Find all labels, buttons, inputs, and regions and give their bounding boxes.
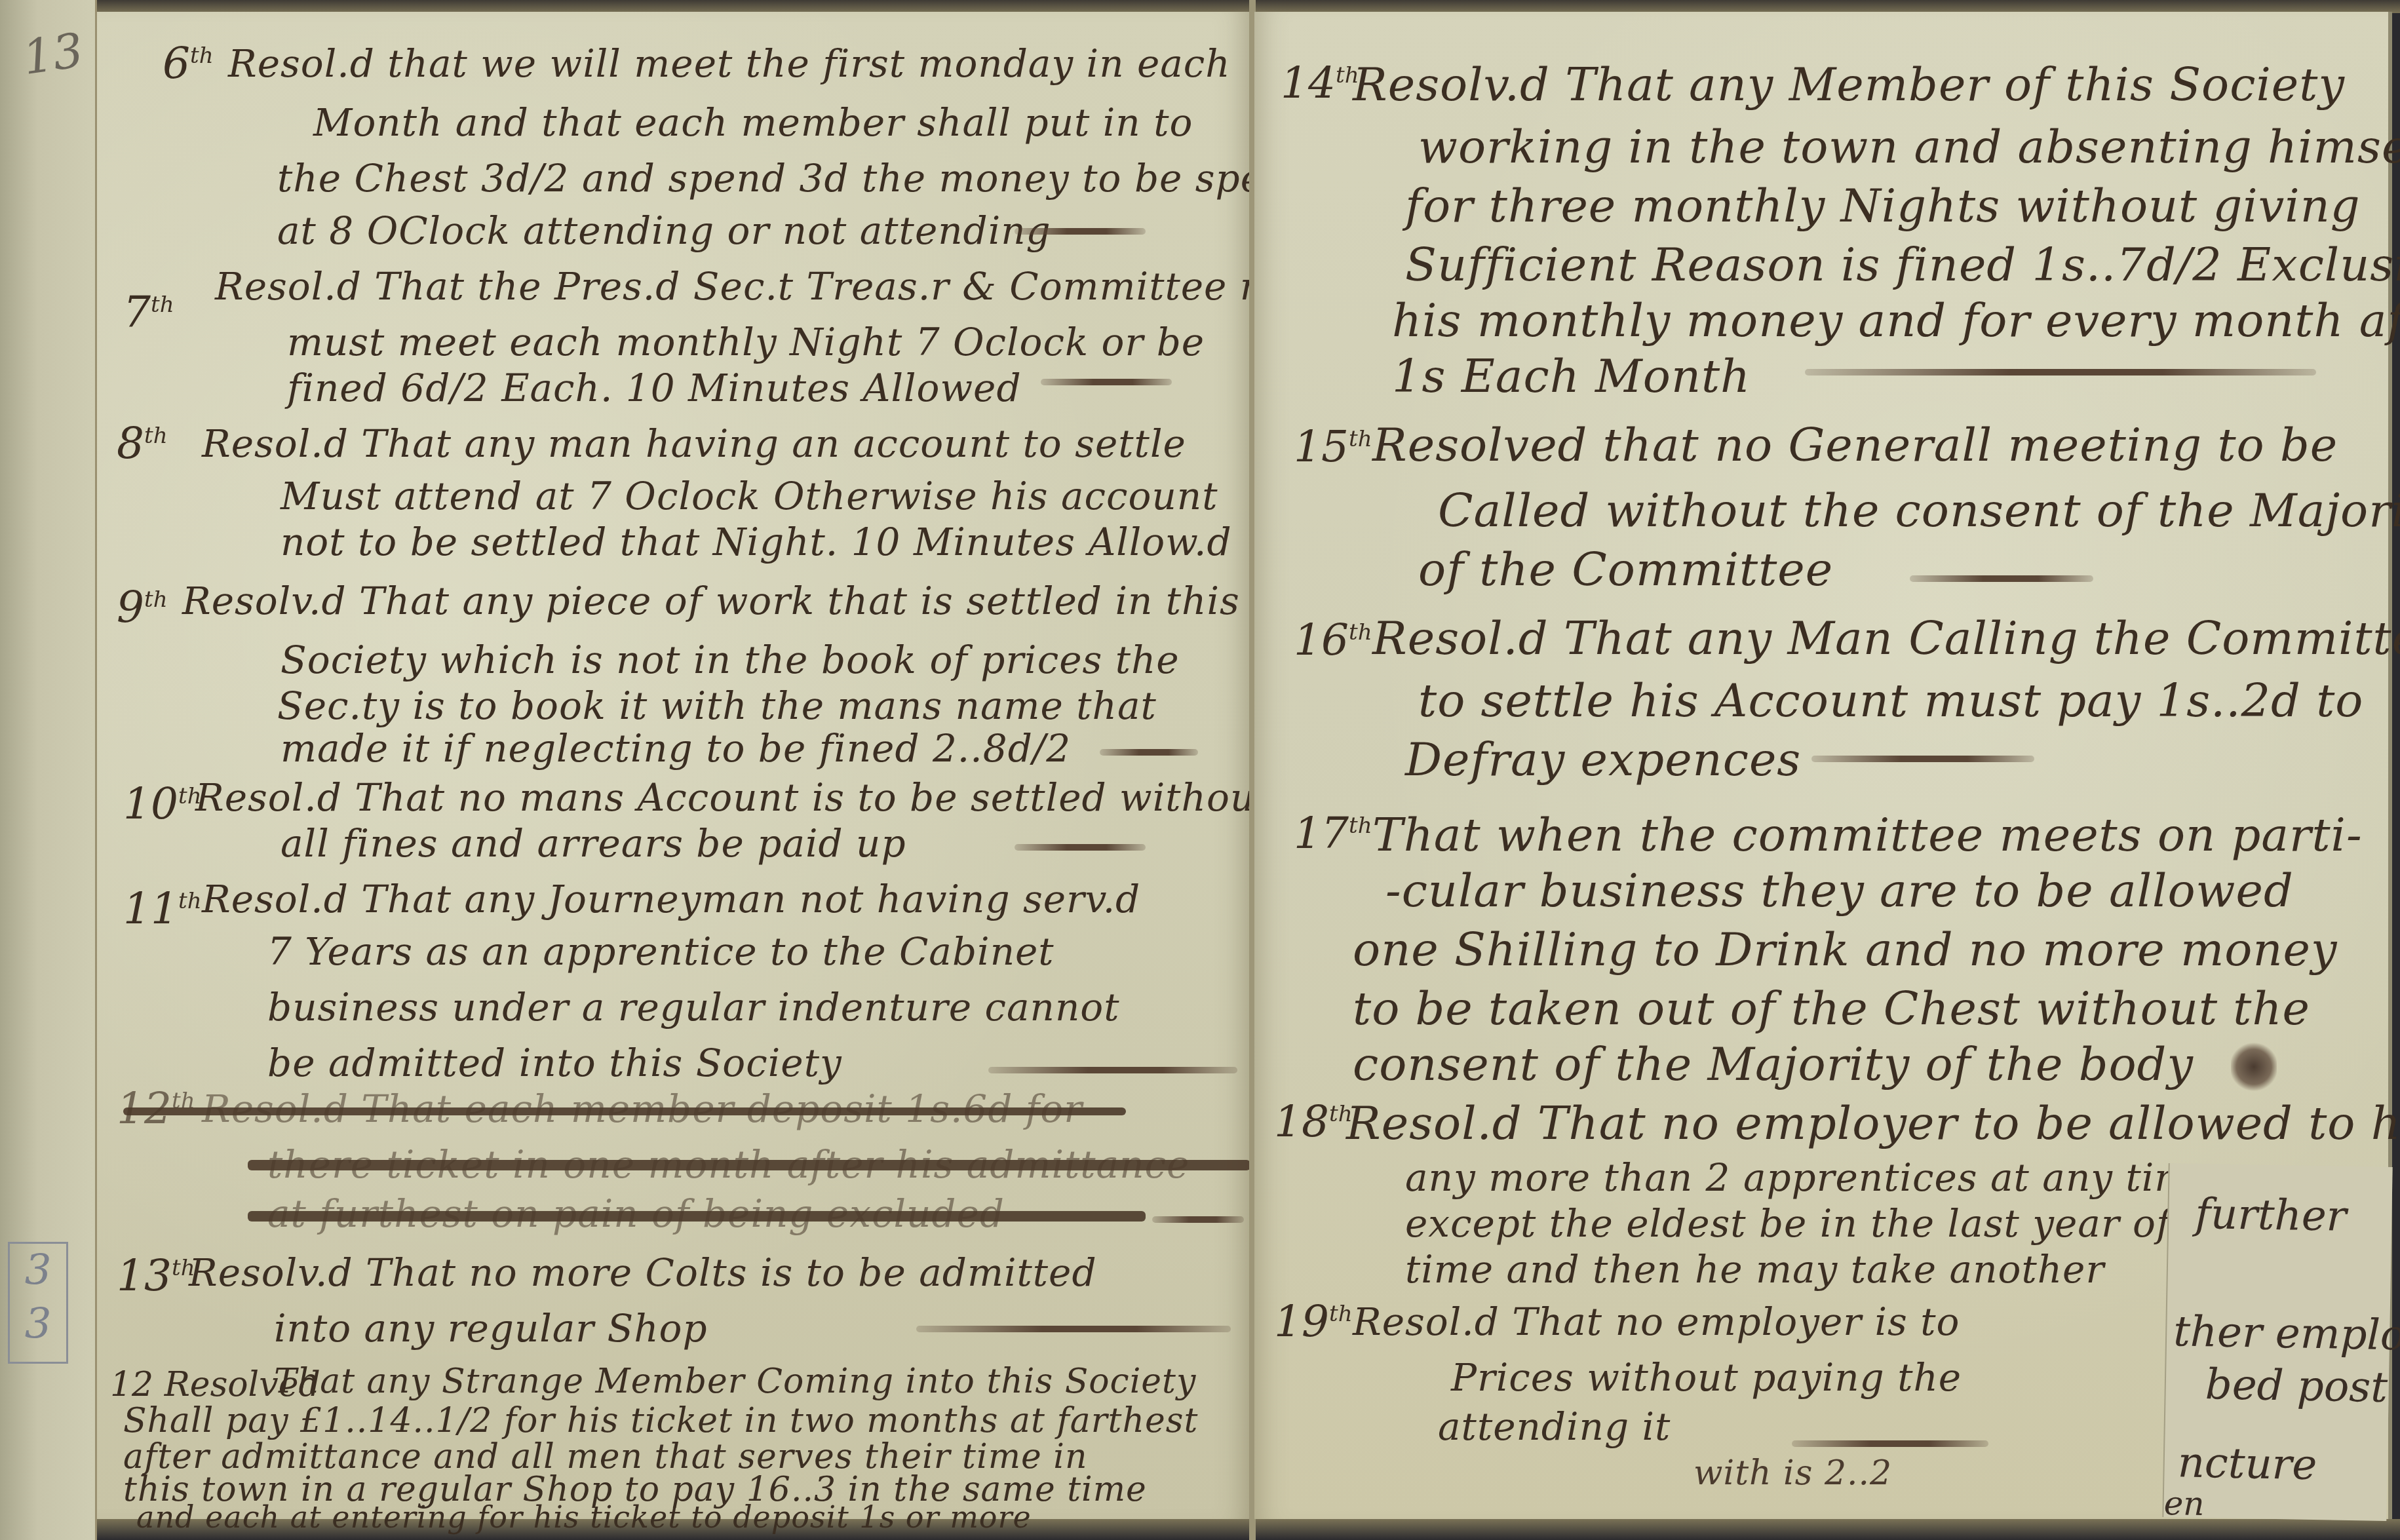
strike-through (123, 1107, 1126, 1115)
resolution-18-line-3: except the eldest be in the last year of… (1405, 1201, 2242, 1246)
resolution-14-line-3: for three monthly Nights without giving (1405, 179, 2361, 233)
resolution-14-line-5: his monthly money and for every month af… (1392, 294, 2400, 347)
pasted-paper-slip: further ther employ bed post ncture en (2162, 1163, 2392, 1521)
resolution-7-line-2: must meet each monthly Night 7 Oclock or… (287, 320, 1205, 364)
ink-blot (2231, 1041, 2277, 1093)
resolution-14-line-4: Sufficient Reason is fined 1s..7d/2 Excl… (1405, 238, 2400, 292)
resolution-8-line-1: Resol.d That any man having an account t… (202, 421, 1186, 466)
end-dash (1015, 844, 1146, 851)
resolution-14-line-2: working in the town and absenting himsel… (1418, 120, 2400, 174)
right-page: 14th Resolv.d That any Member of this So… (1254, 12, 2392, 1519)
resolution-13-line-2: into any regular Shop (274, 1306, 708, 1351)
resolution-number: 11th (123, 883, 202, 934)
resolution-17-line-4: to be taken out of the Chest without the (1353, 982, 2310, 1035)
resolution-10-line-1: Resol.d That no mans Account is to be se… (195, 775, 1271, 820)
resolution-number: 7th (123, 287, 174, 337)
resolution-13-line-1: Resolv.d That no more Colts is to be adm… (189, 1250, 1097, 1295)
resolution-number: 9th (117, 582, 168, 632)
resolution-number: 15th (1294, 421, 1372, 472)
resolution-10-line-2: all fines and arrears be paid up (281, 821, 906, 866)
resolution-9-line-1: Resolv.d That any piece of work that is … (182, 579, 1240, 623)
boxed-pencil-marks: 3 3 (8, 1242, 68, 1364)
end-dash (1792, 1440, 1988, 1447)
resolution-9-line-4: made it if neglecting to be fined 2..8d/… (281, 726, 1071, 771)
resolution-number: 18th (1274, 1096, 1353, 1147)
resolution-17-line-3: one Shilling to Drink and no more money (1353, 923, 2337, 976)
resolution-16-line-2: to settle his Account must pay 1s..2d to (1418, 674, 2363, 727)
resolution-15-line-2: Called without the consent of the Majori… (1438, 484, 2400, 537)
resolution-number: 16th (1294, 615, 1372, 665)
end-dash (1100, 749, 1198, 756)
resolution-15-line-1: Resolved that no Generall meeting to be (1372, 418, 2338, 472)
strike-through (248, 1160, 1250, 1170)
resolution-16-line-3: Defray expences (1405, 733, 1801, 786)
resolution-17-line-5: consent of the Majority of the body (1353, 1037, 2194, 1091)
end-dash (1041, 379, 1172, 385)
resolution-18-line-2: any more than 2 apprentices at any time (1405, 1155, 2215, 1200)
resolution-number: 6th (163, 38, 214, 88)
resolution-14-line-1: Resolv.d That any Member of this Society (1353, 58, 2345, 111)
end-dash (1015, 228, 1146, 235)
resolution-number: 19th (1274, 1296, 1353, 1347)
resolution-7-line-1: Resol.d That the Pres.d Sec.t Treas.r & … (215, 264, 1325, 309)
resolution-16-line-1: Resol.d That any Man Calling the Committ… (1372, 611, 2400, 665)
resolution-17-line-1: That when the committee meets on parti- (1372, 808, 2363, 862)
resolution-number: 13th (117, 1250, 195, 1301)
resolution-6-line-3: the Chest 3d/2 and spend 3d the money to… (277, 156, 1305, 201)
bottom-note: with is 2..2 (1694, 1453, 1892, 1493)
resolution-19-line-2: Prices without paying the (1451, 1355, 1962, 1400)
resolution-7-line-3: fined 6d/2 Each. 10 Minutes Allowed (287, 366, 1022, 410)
end-dash (1910, 575, 2093, 582)
book-top-edge (95, 0, 2400, 13)
resolution-12b-line-2: Shall pay £1..14..1/2 for his ticket in … (123, 1401, 1198, 1440)
end-dash (1152, 1216, 1244, 1223)
resolution-19-line-3: attending it (1438, 1404, 1671, 1449)
resolution-6-line-4: at 8 OClock attending or not attending (277, 208, 1051, 253)
resolution-number: 17th (1294, 808, 1372, 858)
resolution-12b-line-1: That any Strange Member Coming into this… (274, 1362, 1196, 1401)
page-number: 13 (20, 22, 87, 85)
end-dash (1805, 369, 2316, 375)
resolution-11-line-2: 7 Years as an apprentice to the Cabinet (267, 929, 1055, 974)
resolution-15-line-3: of the Committee (1418, 543, 1833, 596)
resolution-number: 10th (123, 779, 202, 829)
end-dash (916, 1326, 1231, 1332)
resolution-12b-line-5: and each at entering for his ticket to d… (136, 1499, 1032, 1535)
left-page: 6th Resol.d that we will meet the first … (97, 12, 1250, 1519)
resolution-8-line-2: Must attend at 7 Oclock Otherwise his ac… (281, 474, 1218, 518)
resolution-11-line-3: business under a regular indenture canno… (267, 985, 1119, 1030)
resolution-11-line-4: be admitted into this Society (267, 1041, 842, 1085)
resolution-9-line-3: Sec.ty is to book it with the mans name … (277, 683, 1157, 728)
resolution-number: 8th (117, 418, 168, 469)
resolution-14-line-6: 1s Each Month (1392, 349, 1751, 403)
resolution-9-line-2: Society which is not in the book of pric… (281, 638, 1180, 682)
resolution-17-line-2: -cular business they are to be allowed (1385, 864, 2294, 917)
resolution-number: 14th (1281, 58, 1359, 108)
strike-through (248, 1211, 1146, 1222)
end-dash (1811, 756, 2034, 762)
manuscript-spread: 13 3 3 6th Resol.d that we will meet the… (0, 0, 2400, 1540)
resolution-8-line-3: not to be settled that Night. 10 Minutes… (281, 520, 1232, 564)
resolution-19-line-1: Resol.d That no employer is to (1353, 1299, 1960, 1344)
page-stub: 13 3 3 (0, 0, 97, 1540)
resolution-18-line-1: Resol.d That no employer to be allowed t… (1346, 1096, 2400, 1150)
resolution-6-line-2: Month and that each member shall put in … (313, 100, 1193, 145)
resolution-11-line-1: Resol.d That any Journeyman not having s… (202, 877, 1140, 921)
end-dash (988, 1067, 1237, 1073)
resolution-18-line-4: time and then he may take another (1405, 1247, 2104, 1292)
resolution-6-line-1: Resol.d that we will meet the first mond… (228, 41, 1231, 86)
